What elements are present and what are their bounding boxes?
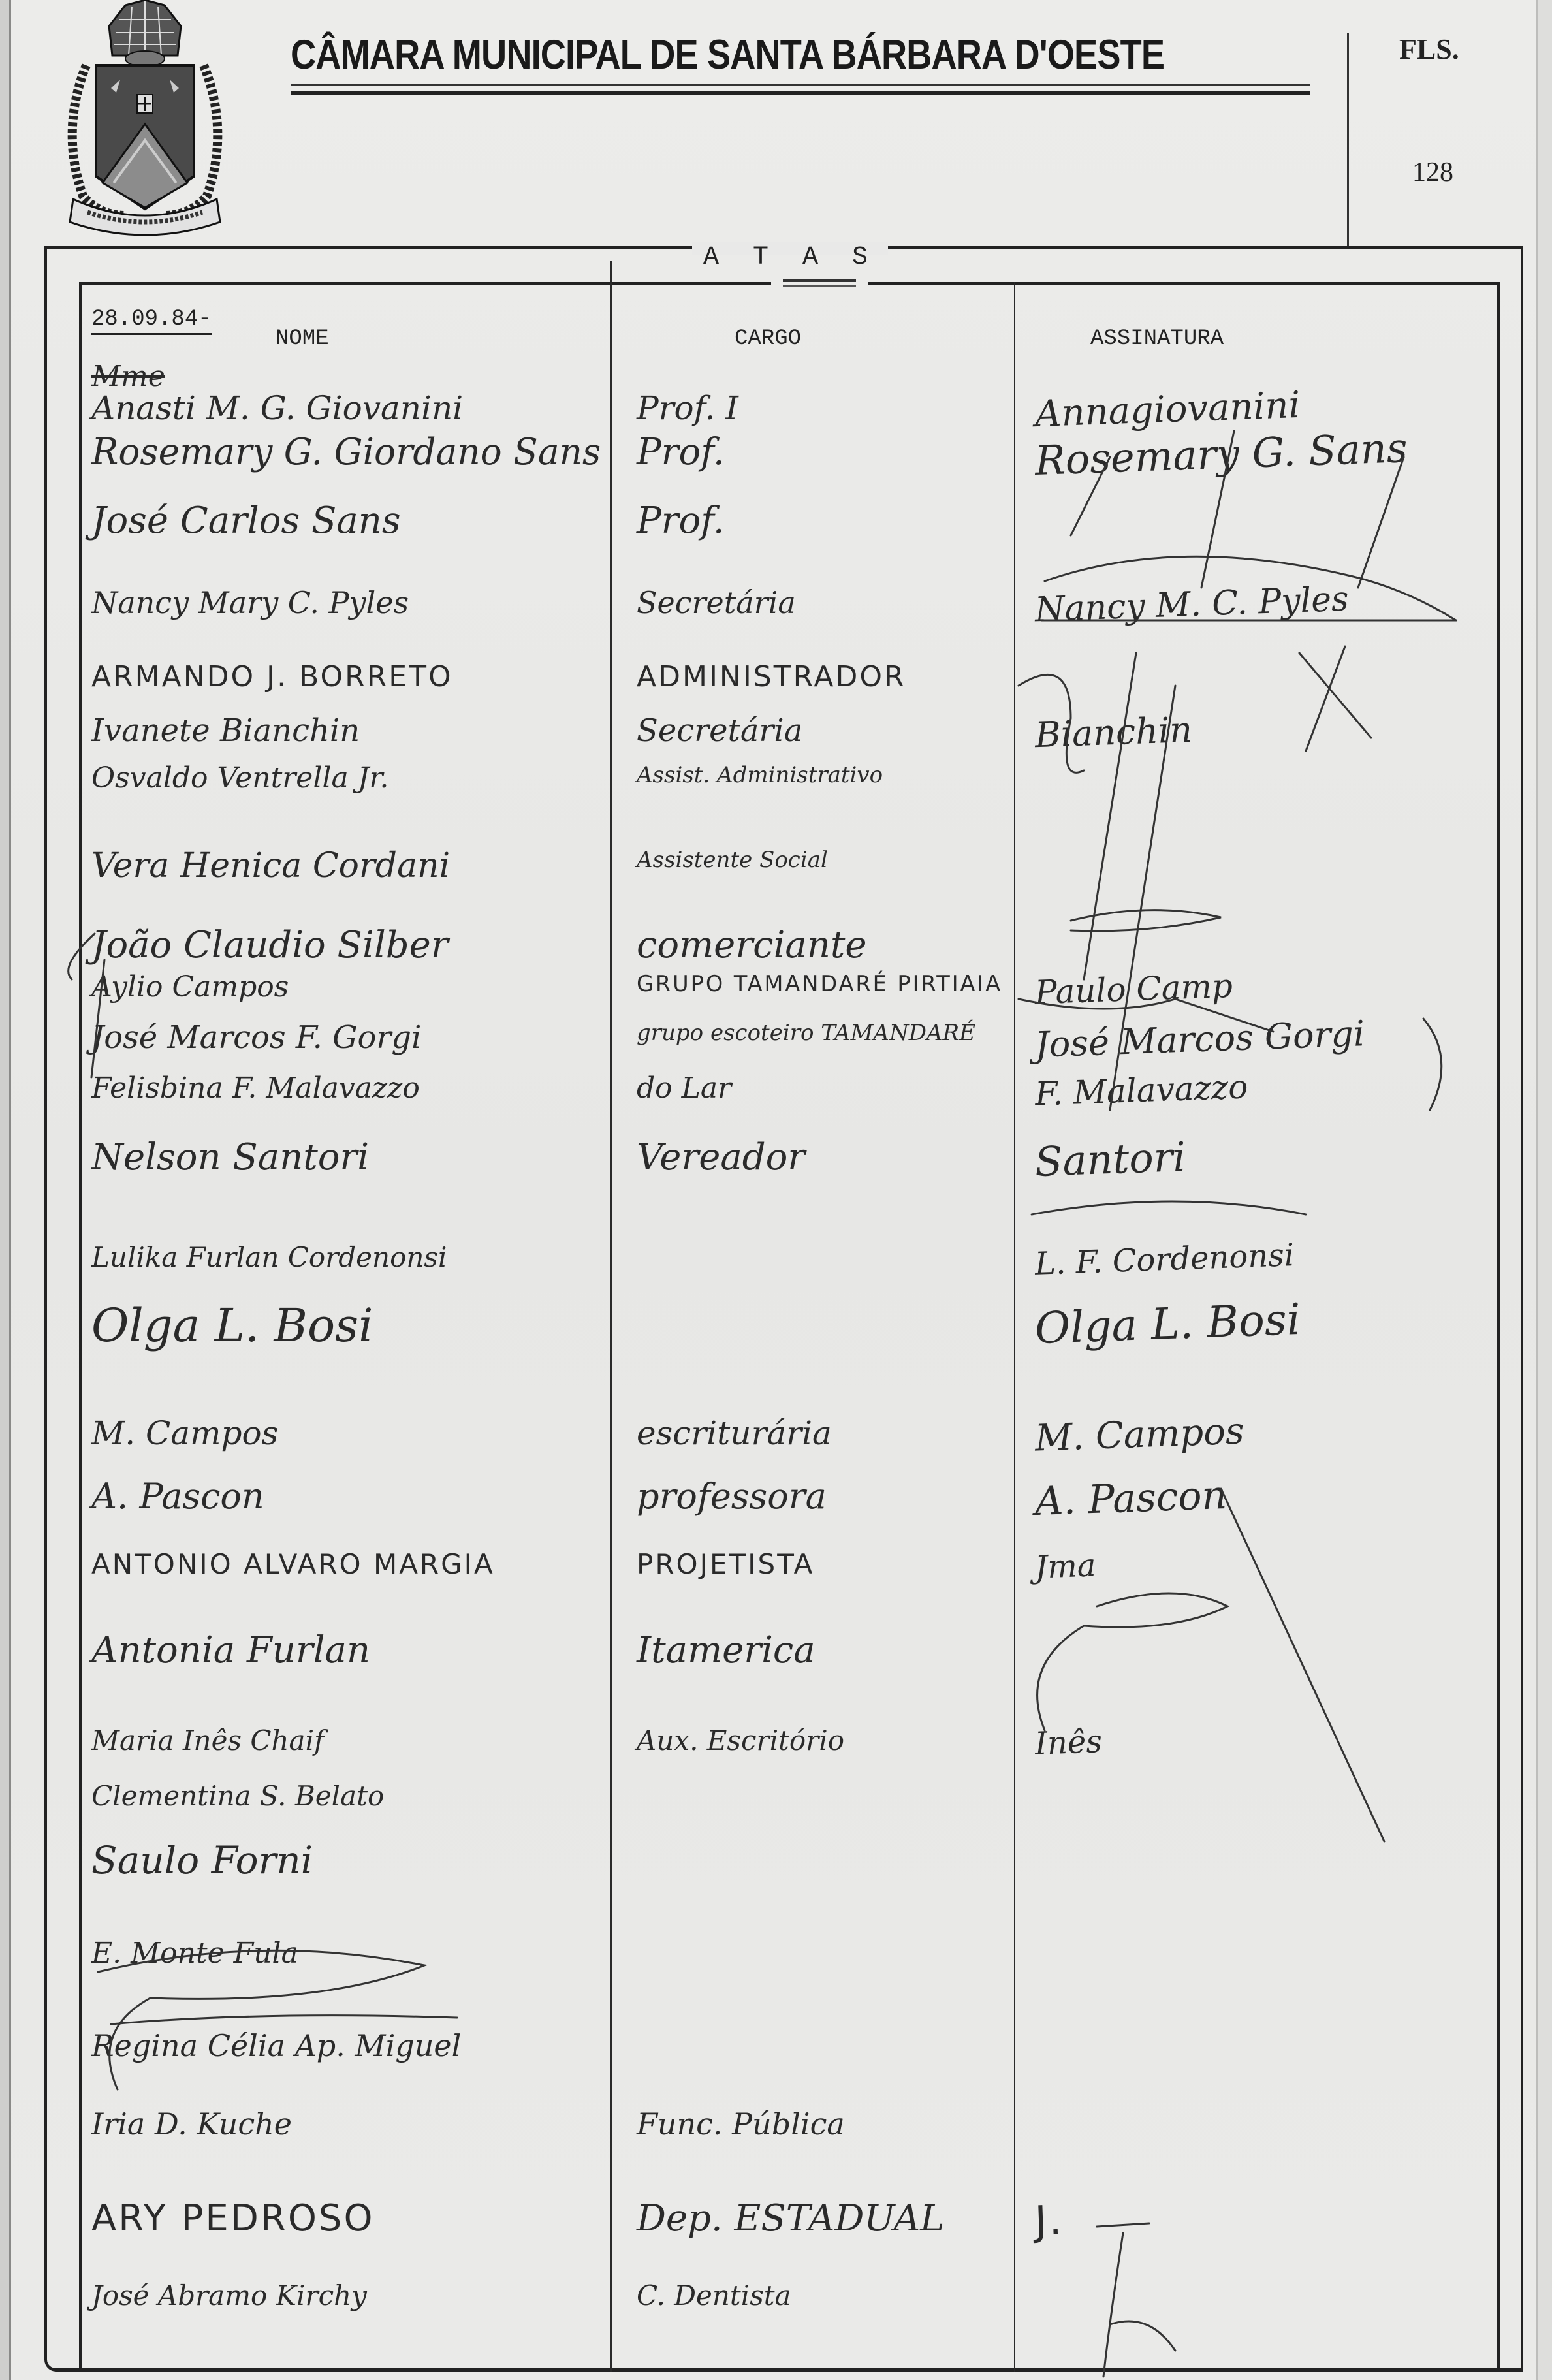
role-cell: Secretária xyxy=(637,588,796,618)
signature-cell: J. xyxy=(1034,2200,1064,2241)
name-cell: Anasti M. G. Giovanini xyxy=(91,392,463,424)
table-top-rule-center xyxy=(783,279,856,282)
role-cell: professora xyxy=(637,1479,827,1514)
signature-cell: F. Malavazzo xyxy=(1034,1070,1248,1110)
column-divider xyxy=(1014,282,1015,2372)
name-cell: Nancy Mary C. Pyles xyxy=(91,588,409,618)
signature-cell: Annagiovanini xyxy=(1034,387,1301,433)
column-header-nome: NOME xyxy=(276,326,329,351)
name-cell: Saulo Forni xyxy=(91,1841,313,1879)
name-cell: ANTONIO ALVARO MARGIA xyxy=(91,1551,495,1578)
role-cell: grupo escoteiro TAMANDARÉ xyxy=(637,1022,975,1044)
name-cell: Maria Inês Chaif xyxy=(91,1727,325,1754)
name-cell: João Claudio Silber xyxy=(91,927,449,964)
header-divider xyxy=(1347,33,1349,248)
signature-cell: A. Pascon xyxy=(1034,1476,1227,1521)
title-underline xyxy=(291,84,1310,86)
signature-cell: Olga L. Bosi xyxy=(1034,1298,1301,1350)
section-title: A T A S xyxy=(692,243,888,272)
name-cell: Osvaldo Ventrella Jr. xyxy=(91,764,389,793)
role-cell: Secretária xyxy=(637,715,802,746)
name-cell: José Abramo Kirchy xyxy=(91,2282,367,2309)
column-header-assinatura: ASSINATURA xyxy=(1090,326,1224,351)
role-cell: Assist. Administrativo xyxy=(637,764,883,786)
column-header-cargo: CARGO xyxy=(735,326,801,351)
name-cell: Olga L. Bosi xyxy=(91,1303,373,1348)
name-cell: José Carlos Sans xyxy=(91,503,401,539)
name-cell: Mme xyxy=(91,362,165,391)
role-cell: PROJETISTA xyxy=(637,1551,814,1578)
role-cell: comerciante xyxy=(637,927,866,964)
role-cell: Prof. xyxy=(637,434,725,471)
role-cell: escriturária xyxy=(637,1417,832,1450)
role-cell: Prof. xyxy=(637,503,725,539)
signature-cell: Inês xyxy=(1034,1726,1103,1760)
role-cell: Func. Pública xyxy=(637,2109,845,2139)
table-top-rule-right xyxy=(868,282,1500,285)
municipal-crest-icon xyxy=(47,0,243,242)
session-date: 28.09.84- xyxy=(91,307,212,335)
name-cell: Ivanete Bianchin xyxy=(91,715,360,746)
role-cell: Assistente Social xyxy=(637,849,828,871)
role-cell: Itamerica xyxy=(637,1632,816,1669)
name-cell: ARMANDO J. BORRETO xyxy=(91,663,453,691)
table-top-rule-center-2 xyxy=(783,285,856,287)
title-underline-thick xyxy=(291,91,1310,95)
column-divider xyxy=(610,261,612,2372)
name-cell: Antonia Furlan xyxy=(91,1632,370,1669)
name-cell: Aylio Campos xyxy=(91,973,289,1002)
name-cell: Iria D. Kuche xyxy=(91,2109,292,2139)
role-cell: Aux. Escritório xyxy=(637,1727,844,1754)
name-cell: A. Pascon xyxy=(91,1479,264,1514)
name-cell: M. Campos xyxy=(91,1417,278,1450)
table-top-rule xyxy=(79,282,771,285)
role-cell: Dep. ESTADUAL xyxy=(637,2200,944,2237)
signature-cell: Rosemary G. Sans xyxy=(1034,428,1408,481)
signature-cell: Santori xyxy=(1034,1137,1186,1182)
name-cell: ARY PEDROSO xyxy=(91,2200,375,2237)
name-cell: E. Monte Fula xyxy=(91,1939,298,1968)
signature-cell: M. Campos xyxy=(1034,1413,1244,1457)
name-cell: Lulika Furlan Cordenonsi xyxy=(91,1244,447,1271)
name-cell: José Marcos F. Gorgi xyxy=(91,1022,421,1053)
signature-cell: Bianchin xyxy=(1034,712,1193,753)
name-cell: Regina Célia Ap. Miguel xyxy=(91,2031,461,2061)
name-cell: Nelson Santori xyxy=(91,1139,369,1176)
role-cell: GRUPO TAMANDARÉ PIRTIAIA xyxy=(637,973,997,995)
name-cell: Felisbina F. Malavazzo xyxy=(91,1074,420,1103)
signature-cell: Paulo Camp xyxy=(1034,970,1233,1009)
role-cell: Vereador xyxy=(637,1139,805,1176)
role-cell: do Lar xyxy=(637,1074,731,1103)
name-cell: Clementina S. Belato xyxy=(91,1783,384,1810)
folio-number: 128 xyxy=(1412,157,1453,188)
role-cell: ADMINISTRADOR xyxy=(637,663,906,691)
signature-cell: Jma xyxy=(1034,1549,1096,1583)
name-cell: Vera Henica Cordani xyxy=(91,849,450,883)
book-binding-edge xyxy=(0,0,11,2380)
institution-title: CÂMARA MUNICIPAL DE SANTA BÁRBARA D'OEST… xyxy=(291,31,1164,78)
signature-cell: Nancy M. C. Pyles xyxy=(1034,582,1349,627)
signature-cell: L. F. Cordenonsi xyxy=(1034,1239,1295,1280)
page-edge xyxy=(1536,0,1552,2380)
role-cell: C. Dentista xyxy=(637,2282,791,2309)
role-cell: Prof. I xyxy=(637,392,738,424)
name-cell: Rosemary G. Giordano Sans xyxy=(91,434,591,471)
folio-label: FLS. xyxy=(1399,33,1459,66)
